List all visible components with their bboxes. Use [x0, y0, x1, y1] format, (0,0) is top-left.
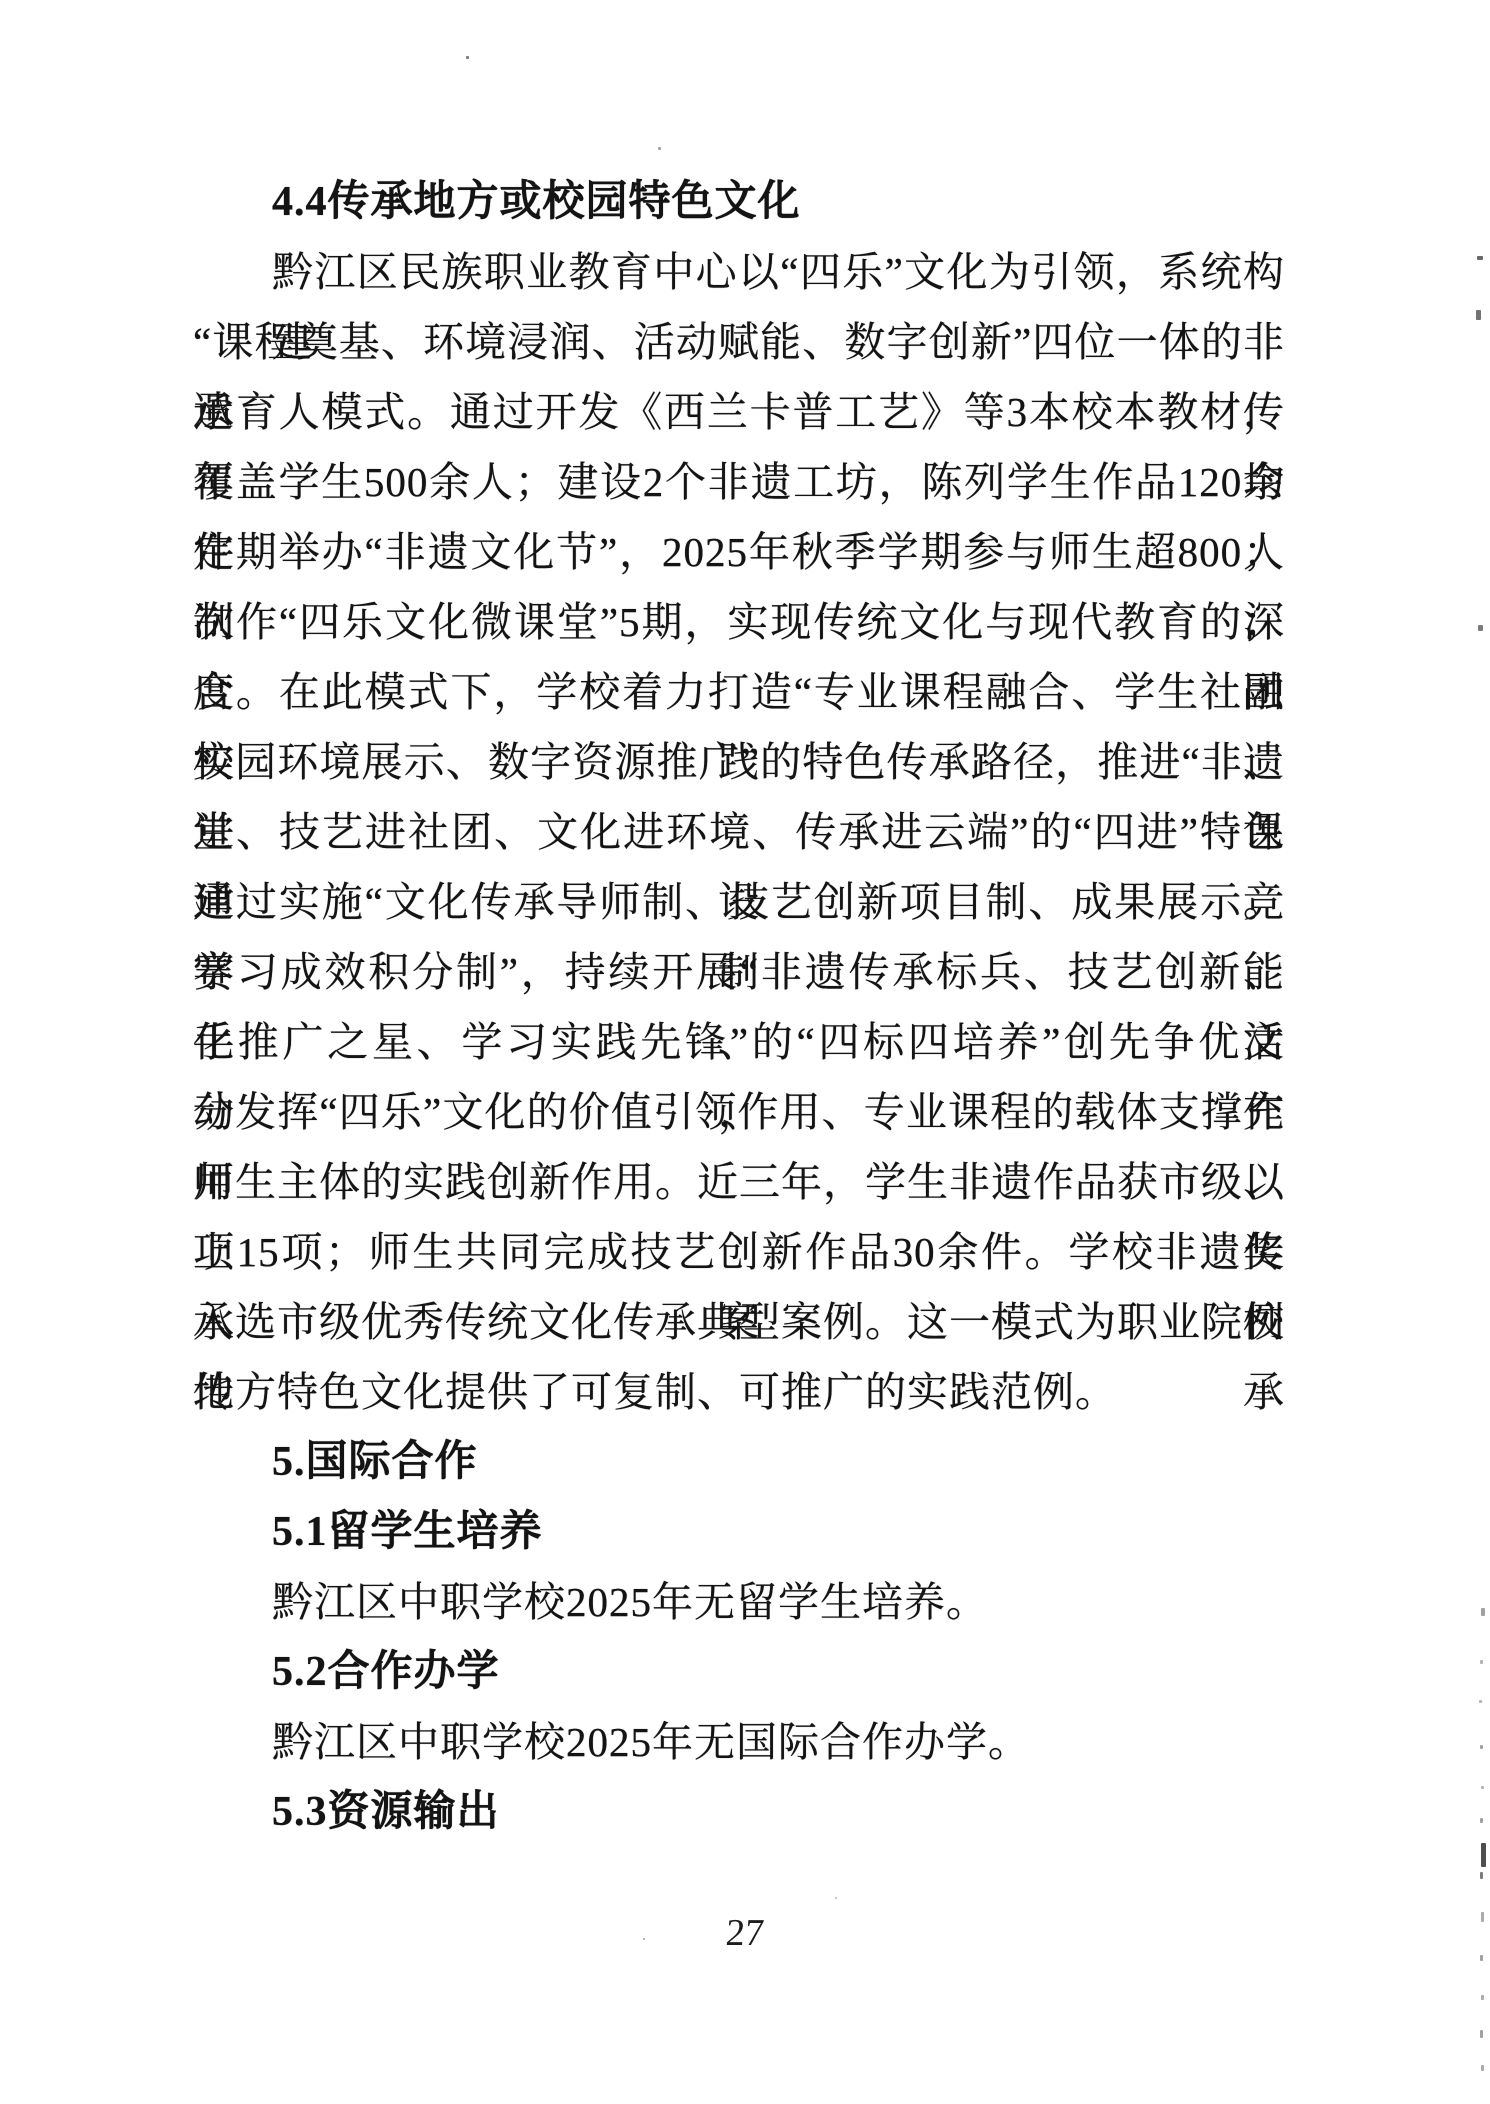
paragraph-line: 承育人模式。通过开发《西兰卡普工艺》等3本校本教材，年均 [193, 377, 1285, 447]
paragraph-single-5-1: 黔江区中职学校2025年无留学生培养。 [193, 1567, 1285, 1637]
paragraph-line: 分发挥“四乐”文化的价值引领作用、专业课程的载体支撑作用、 [193, 1077, 1285, 1147]
paragraph-line: 堂、技艺进社团、文化进环境、传承进云端”的“四进”特色建设。 [193, 797, 1285, 867]
paragraph-line: 定期举办“非遗文化节”，2025年秋季学期参与师生超800人次； [193, 517, 1285, 587]
paragraph-line: 化推广之星、学习实践先锋”的“四标四培养”创先争优活动，充 [193, 1007, 1285, 1077]
scan-speck [1477, 256, 1483, 260]
scan-speck [1480, 2030, 1483, 2038]
scan-speck [1481, 1912, 1484, 1922]
paragraph-line: “课程奠基、环境浸润、活动赋能、数字创新”四位一体的非遗传 [193, 307, 1285, 377]
paragraph-line: 入选市级优秀传统文化传承典型案例。这一模式为职业院校传承 [193, 1287, 1285, 1357]
scan-speck [1478, 625, 1483, 631]
scan-speck [1480, 1872, 1483, 1879]
paragraph-single-5-2: 黔江区中职学校2025年无国际合作办学。 [193, 1707, 1285, 1777]
scan-speck [1480, 1745, 1483, 1749]
section-heading-5-3: 5.3资源输出 [193, 1777, 1285, 1847]
scan-speck [1480, 1660, 1483, 1664]
paragraph-line: 黔江区民族职业教育中心以“四乐”文化为引领，系统构建 [193, 237, 1285, 307]
section-heading-5-1: 5.1留学生培养 [193, 1497, 1285, 1567]
scan-speck [1479, 1700, 1482, 1703]
section-heading-4-4: 4.4传承地方或校园特色文化 [193, 167, 1285, 237]
paragraph-line: 项15项；师生共同完成技艺创新作品30余件。学校非遗传承案例 [193, 1217, 1285, 1287]
page-number: 27 [0, 1908, 1490, 1958]
paragraph-line: 校园环境展示、数字资源推广”的特色传承路径，推进“非遗进课 [193, 727, 1285, 797]
scan-speck [1481, 1843, 1486, 1867]
paragraph-line: 通过实施“文化传承导师制、技艺创新项目制、成果展示竞赛制、 [193, 867, 1285, 937]
scan-speck [1481, 1995, 1484, 2000]
document-page: 4.4传承地方或校园特色文化 黔江区民族职业教育中心以“四乐”文化为引领，系统构… [0, 0, 1490, 2104]
paragraph-line: 制作“四乐文化微课堂”5期，实现传统文化与现代教育的深度融 [193, 587, 1285, 657]
paragraph-line: 学习成效积分制”，持续开展“非遗传承标兵、技艺创新能手、文 [193, 937, 1285, 1007]
scan-speck [835, 1897, 837, 1899]
scan-speck [466, 56, 469, 59]
section-heading-5: 5.国际合作 [193, 1427, 1285, 1497]
scan-speck [1480, 1818, 1483, 1823]
paragraph-line: 覆盖学生500余人；建设2个非遗工坊，陈列学生作品120余件； [193, 447, 1285, 517]
scan-speck [1480, 1955, 1483, 1961]
scan-speck [1481, 1786, 1484, 1789]
scan-speck [1476, 310, 1481, 320]
text-block: 4.4传承地方或校园特色文化 黔江区民族职业教育中心以“四乐”文化为引领，系统构… [193, 167, 1285, 1847]
scan-speck [643, 1938, 645, 1940]
scan-speck [1481, 2065, 1484, 2071]
scan-speck [658, 147, 661, 150]
scan-speck [1481, 1608, 1485, 1616]
section-heading-5-2: 5.2合作办学 [193, 1637, 1285, 1707]
paragraph-line: 师生主体的实践创新作用。近三年，学生非遗作品获市级以上奖 [193, 1147, 1285, 1217]
paragraph-line: 合。在此模式下，学校着力打造“专业课程融合、学生社团实践、 [193, 657, 1285, 727]
